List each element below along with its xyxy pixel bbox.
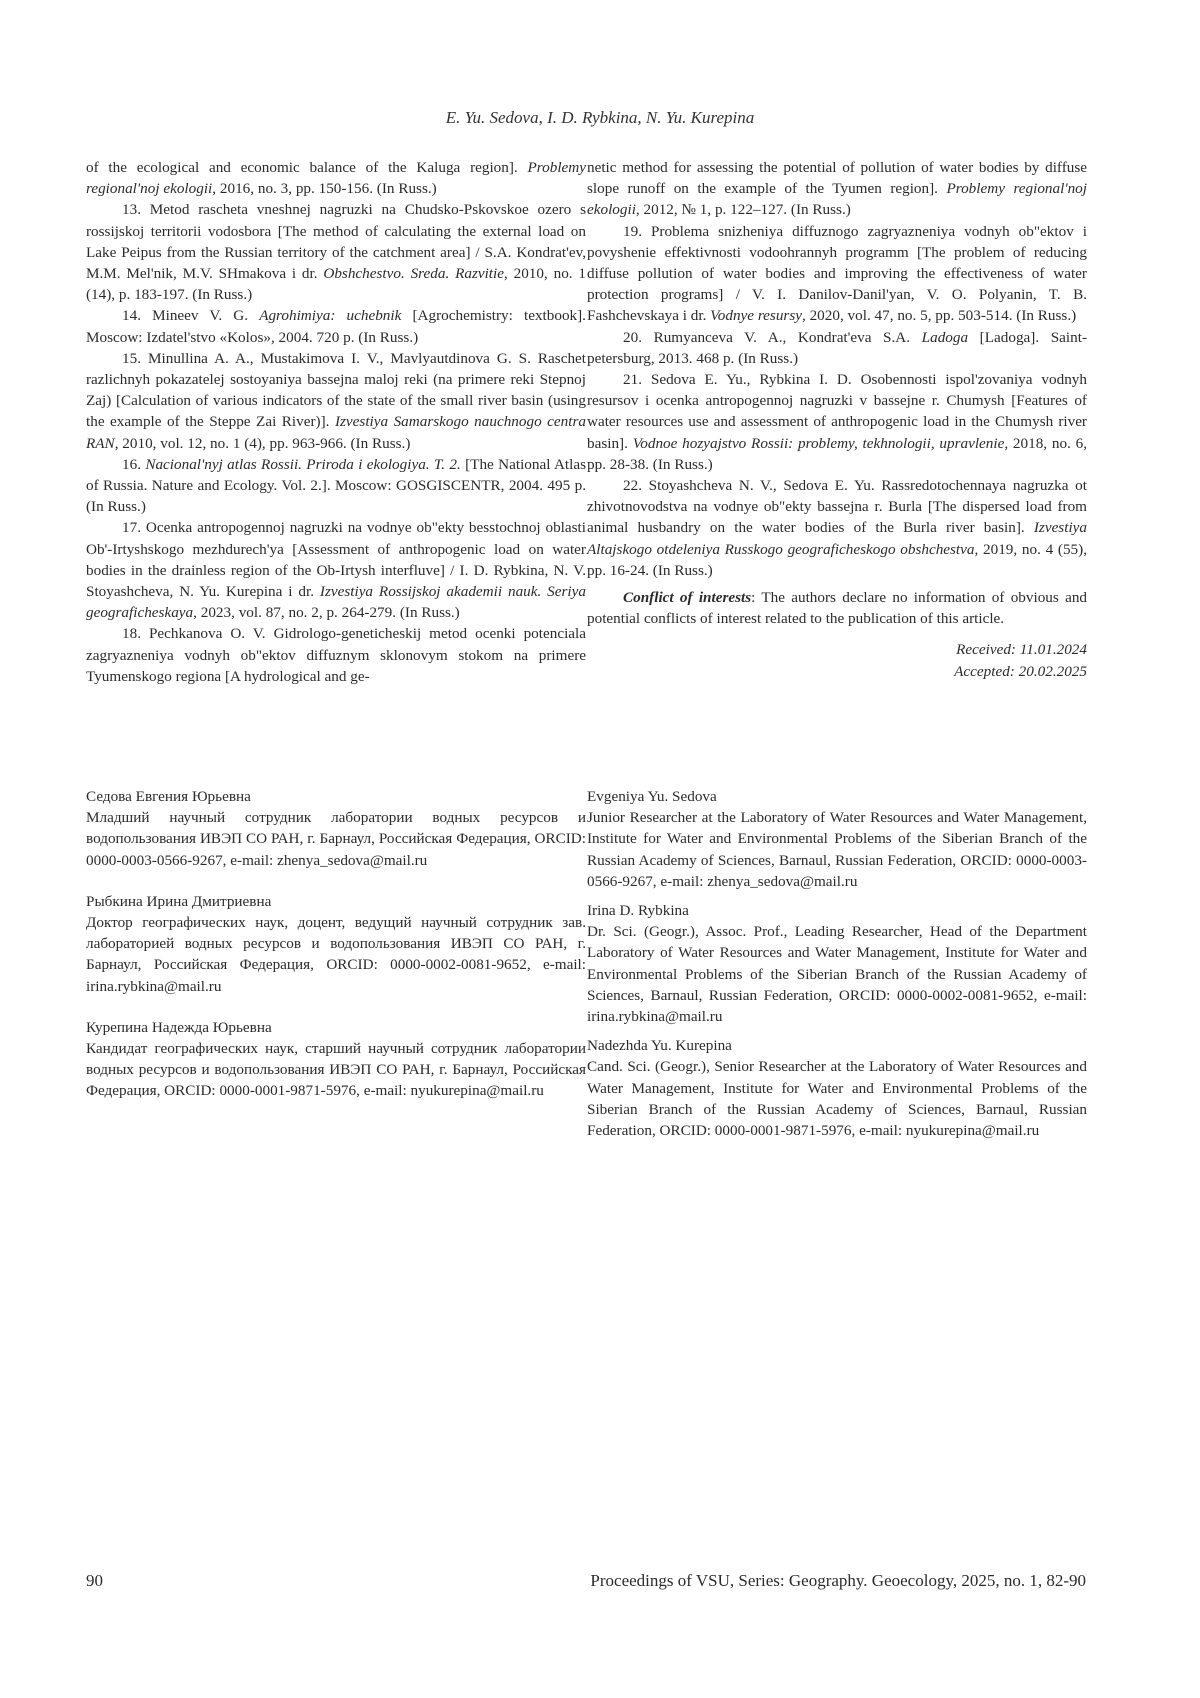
journal-citation: Proceedings of VSU, Series: Geography. G… — [590, 1571, 1086, 1591]
reference-item: 21. Sedova E. Yu., Rybkina I. D. Osobenn… — [587, 369, 1087, 475]
reference-text: , 2023, vol. 87, no. 2, p. 264-279. (In … — [193, 604, 460, 621]
reference-text: , 2010, vol. 12, no. 1 (4), pp. 963-966.… — [115, 435, 411, 452]
reference-text: 14. Mineev V. G. — [122, 307, 259, 324]
reference-item: netic method for assessing the potential… — [587, 157, 1087, 221]
author-name: Курепина Надежда Юрьевна — [86, 1017, 586, 1038]
author-bio: Младший научный сотрудник лаборатории во… — [86, 807, 586, 871]
author-en-2: Irina D. Rybkina Dr. Sci. (Geogr.), Asso… — [587, 900, 1087, 1027]
reference-text: , 2020, vol. 47, no. 5, pp. 503-514. (In… — [802, 307, 1076, 324]
reference-source-title: Obshchestvo. Sreda. Razvitie — [323, 265, 504, 282]
received-date: Received: 11.01.2024 — [587, 639, 1087, 660]
reference-text: , 2016, no. 3, pp. 150-156. (In Russ.) — [212, 180, 436, 197]
references-left-column: of the ecological and economic balance o… — [86, 157, 586, 687]
reference-text: 22. Stoyashcheva N. V., Sedova E. Yu. Ra… — [587, 477, 1087, 536]
author-info-english: Evgeniya Yu. Sedova Junior Researcher at… — [587, 786, 1087, 1149]
reference-item: 16. Nacional'nyj atlas Rossii. Priroda i… — [86, 454, 586, 518]
reference-item: 18. Pechkanova O. V. Gidrologo-genetiche… — [86, 623, 586, 687]
reference-item: 19. Problema snizheniya diffuznogo zagry… — [587, 221, 1087, 327]
reference-item: 22. Stoyashcheva N. V., Sedova E. Yu. Ra… — [587, 475, 1087, 581]
accepted-date: Accepted: 20.02.2025 — [587, 661, 1087, 682]
author-name: Рыбкина Ирина Дмитриевна — [86, 891, 586, 912]
author-en-3: Nadezhda Yu. Kurepina Cand. Sci. (Geogr.… — [587, 1035, 1087, 1141]
author-info-russian: Седова Евгения Юрьевна Младший научный с… — [86, 786, 586, 1122]
author-bio: Dr. Sci. (Geogr.), Assoc. Prof., Leading… — [587, 921, 1087, 1027]
reference-item: 14. Mineev V. G. Agrohimiya: uchebnik [A… — [86, 305, 586, 347]
author-bio: Доктор географических наук, доцент, веду… — [86, 912, 586, 997]
conflict-label: Conflict of interests — [623, 589, 751, 606]
author-ru-3: Курепина Надежда Юрьевна Кандидат геогра… — [86, 1017, 586, 1102]
reference-text: of the ecological and economic balance o… — [86, 159, 528, 176]
reference-text: 16. — [122, 456, 145, 473]
reference-source-title: Nacional'nyj atlas Rossii. Priroda i eko… — [145, 456, 460, 473]
reference-source-title: Vodnye resursy — [710, 307, 802, 324]
reference-source-title: Ladoga — [922, 329, 968, 346]
reference-item: 15. Minullina A. A., Mustakimova I. V., … — [86, 348, 586, 454]
author-name: Nadezhda Yu. Kurepina — [587, 1035, 1087, 1056]
author-bio: Junior Researcher at the Laboratory of W… — [587, 807, 1087, 892]
reference-source-title: Agrohimiya: uchebnik — [259, 307, 401, 324]
author-en-1: Evgeniya Yu. Sedova Junior Researcher at… — [587, 786, 1087, 892]
reference-item: 13. Metod rascheta vneshnej nagruzki na … — [86, 199, 586, 305]
page-number: 90 — [86, 1571, 103, 1591]
references-right-column: netic method for assessing the potential… — [587, 157, 1087, 682]
author-bio: Cand. Sci. (Geogr.), Senior Researcher a… — [587, 1056, 1087, 1141]
author-bio: Кандидат географических наук, старший на… — [86, 1038, 586, 1102]
reference-text: 18. Pechkanova O. V. Gidrologo-genetiche… — [86, 625, 586, 684]
author-ru-1: Седова Евгения Юрьевна Младший научный с… — [86, 786, 586, 871]
author-name: Седова Евгения Юрьевна — [86, 786, 586, 807]
author-ru-2: Рыбкина Ирина Дмитриевна Доктор географи… — [86, 891, 586, 997]
reference-text: 20. Rumyanceva V. A., Kondrat'eva S.A. — [623, 329, 922, 346]
running-head-authors: E. Yu. Sedova, I. D. Rybkina, N. Yu. Kur… — [0, 108, 1200, 128]
reference-text: , 2012, № 1, p. 122–127. (In Russ.) — [636, 201, 851, 218]
reference-source-title: Vodnoe hozyajstvo Rossii: problemy, tekh… — [633, 435, 1005, 452]
reference-item: 17. Ocenka antropogennoj nagruzki na vod… — [86, 517, 586, 623]
author-name: Irina D. Rybkina — [587, 900, 1087, 921]
conflict-of-interests: Conflict of interests: The authors decla… — [587, 587, 1087, 629]
reference-item: of the ecological and economic balance o… — [86, 157, 586, 199]
article-dates: Received: 11.01.2024 Accepted: 20.02.202… — [587, 639, 1087, 681]
references-list-right: netic method for assessing the potential… — [587, 157, 1087, 581]
reference-item: 20. Rumyanceva V. A., Kondrat'eva S.A. L… — [587, 327, 1087, 369]
author-name: Evgeniya Yu. Sedova — [587, 786, 1087, 807]
